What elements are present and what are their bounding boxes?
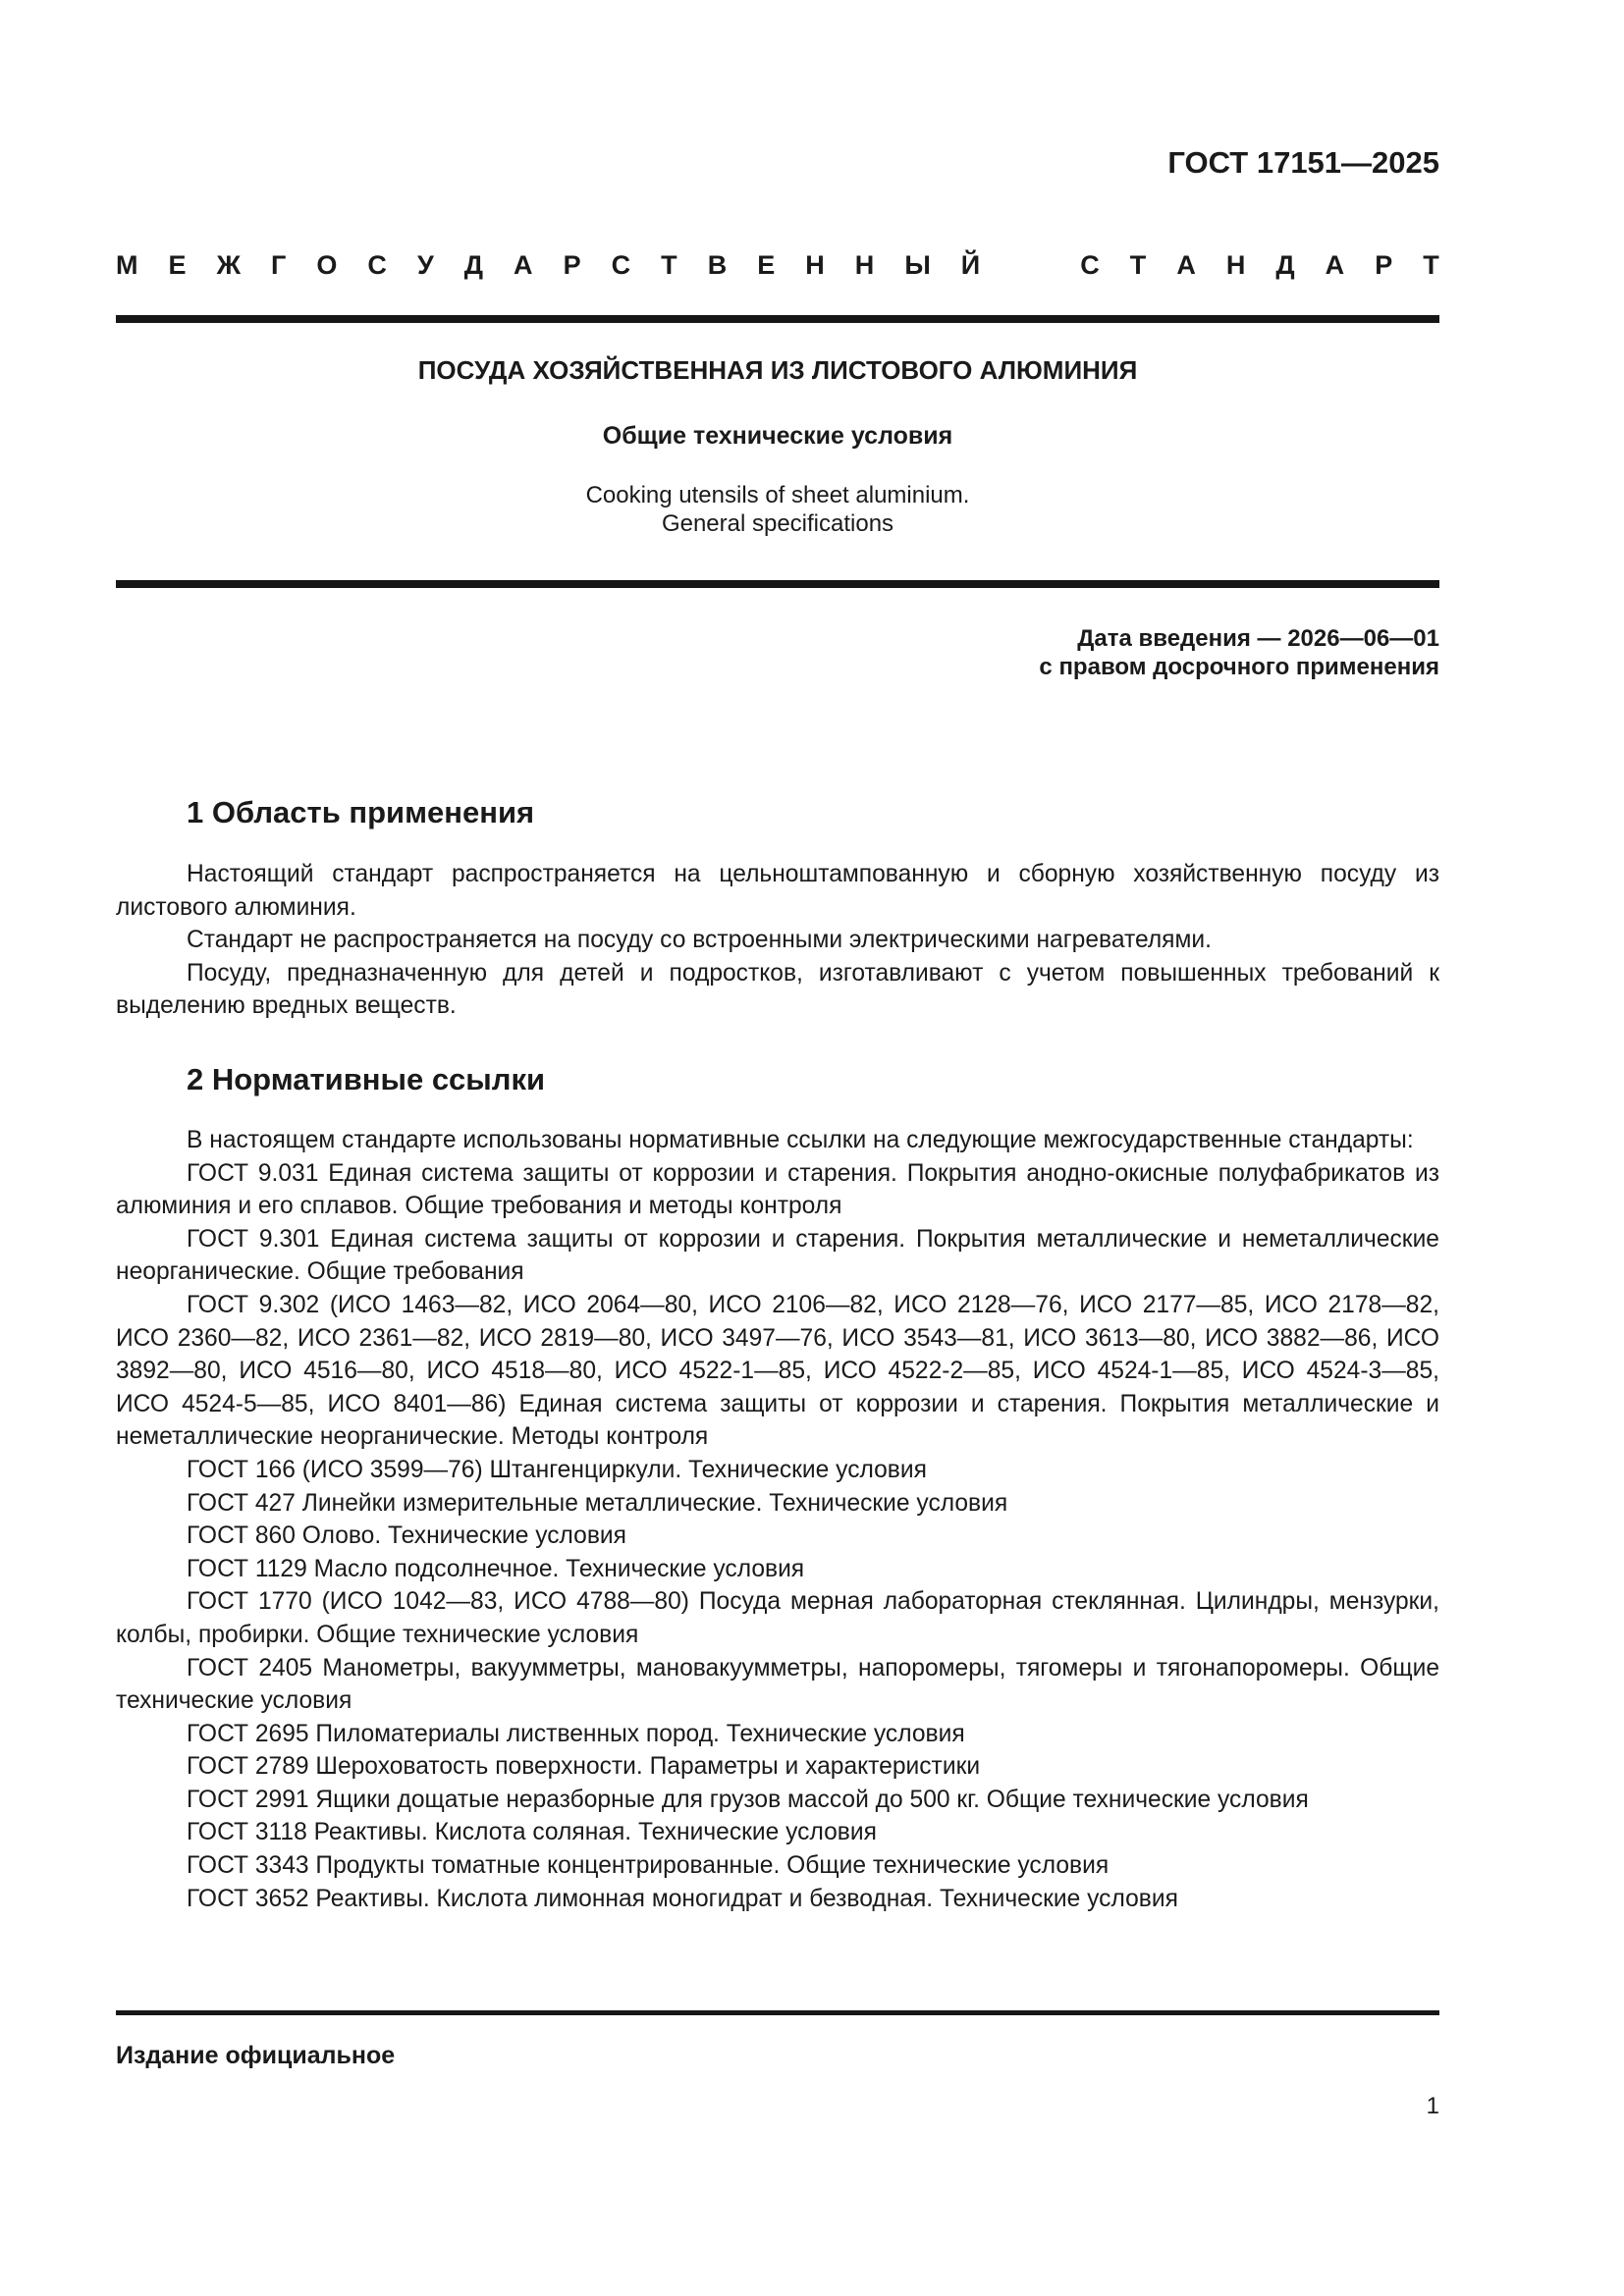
page-number: 1 bbox=[1427, 2093, 1439, 2120]
kind-letter: Н bbox=[805, 250, 825, 281]
kind-letter: С bbox=[612, 250, 631, 281]
kind-letter: Г bbox=[271, 250, 286, 281]
reference-item: ГОСТ 3118 Реактивы. Кислота соляная. Тех… bbox=[116, 1816, 1439, 1849]
reference-item: ГОСТ 1770 (ИСО 1042—83, ИСО 4788—80) Пос… bbox=[116, 1585, 1439, 1651]
kind-letter: О bbox=[316, 250, 337, 281]
title-divider bbox=[116, 580, 1439, 588]
section-body-normative-references: В настоящем стандарте использованы норма… bbox=[116, 1124, 1439, 1915]
official-edition-label: Издание официальное bbox=[116, 2042, 395, 2070]
footer-divider bbox=[116, 2010, 1439, 2015]
kind-letter: Н bbox=[855, 250, 875, 281]
kind-letter: Ы bbox=[904, 250, 930, 281]
kind-letter: Е bbox=[169, 250, 187, 281]
kind-letter: Ж bbox=[217, 250, 241, 281]
standard-kind-heading: МЕЖГОСУДАРСТВЕННЫЙСТАНДАРТ bbox=[116, 250, 1439, 281]
kind-letter: Т bbox=[661, 250, 677, 281]
kind-letter: Й bbox=[961, 250, 980, 281]
kind-letter: В bbox=[708, 250, 728, 281]
paragraph: Настоящий стандарт распространяется на ц… bbox=[116, 858, 1439, 924]
kind-letter: С bbox=[1080, 250, 1100, 281]
kind-letter: А bbox=[1176, 250, 1196, 281]
introduction-date-line-2: с правом досрочного применения bbox=[1039, 653, 1439, 681]
paragraph: В настоящем стандарте использованы норма… bbox=[116, 1124, 1439, 1157]
reference-item: ГОСТ 860 Олово. Технические условия bbox=[116, 1520, 1439, 1553]
kind-letter: А bbox=[514, 250, 533, 281]
english-title-line-2: General specifications bbox=[0, 509, 1555, 538]
kind-letter: А bbox=[1326, 250, 1345, 281]
paragraph: Посуду, предназначенную для детей и подр… bbox=[116, 957, 1439, 1023]
kind-letter: Р bbox=[1375, 250, 1392, 281]
paragraph: Стандарт не распространяется на посуду с… bbox=[116, 924, 1439, 957]
document-number: ГОСТ 17151—2025 bbox=[1167, 145, 1439, 181]
kind-letter: У bbox=[417, 250, 434, 281]
kind-letter: Т bbox=[1130, 250, 1147, 281]
document-subtitle: Общие технические условия bbox=[0, 422, 1555, 451]
reference-item: ГОСТ 427 Линейки измерительные металличе… bbox=[116, 1487, 1439, 1521]
section-body-scope: Настоящий стандарт распространяется на ц… bbox=[116, 858, 1439, 1023]
reference-item: ГОСТ 3652 Реактивы. Кислота лимонная мон… bbox=[116, 1883, 1439, 1916]
english-title-line-1: Cooking utensils of sheet aluminium. bbox=[0, 481, 1555, 509]
reference-item: ГОСТ 3343 Продукты томатные концентриров… bbox=[116, 1849, 1439, 1883]
section-heading-normative-references: 2 Нормативные ссылки bbox=[187, 1062, 545, 1097]
kind-letter: Н bbox=[1226, 250, 1246, 281]
reference-item: ГОСТ 2789 Шероховатость поверхности. Пар… bbox=[116, 1750, 1439, 1784]
reference-item: ГОСТ 9.301 Единая система защиты от корр… bbox=[116, 1223, 1439, 1289]
english-title: Cooking utensils of sheet aluminium. Gen… bbox=[0, 481, 1555, 538]
reference-item: ГОСТ 1129 Масло подсолнечное. Технически… bbox=[116, 1553, 1439, 1586]
section-heading-scope: 1 Область применения bbox=[187, 795, 534, 830]
reference-item: ГОСТ 9.302 (ИСО 1463—82, ИСО 2064—80, ИС… bbox=[116, 1289, 1439, 1454]
kind-letter: Д bbox=[1275, 250, 1294, 281]
reference-item: ГОСТ 2405 Манометры, вакуумметры, манова… bbox=[116, 1652, 1439, 1718]
kind-letter: Т bbox=[1423, 250, 1439, 281]
kind-letter: Р bbox=[564, 250, 581, 281]
reference-item: ГОСТ 9.031 Единая система защиты от корр… bbox=[116, 1157, 1439, 1223]
kind-letter: Е bbox=[757, 250, 775, 281]
introduction-date: Дата введения — 2026—06—01 с правом доср… bbox=[1039, 624, 1439, 681]
top-divider bbox=[116, 315, 1439, 323]
reference-item: ГОСТ 166 (ИСО 3599—76) Штангенциркули. Т… bbox=[116, 1454, 1439, 1487]
reference-item: ГОСТ 2991 Ящики дощатые неразборные для … bbox=[116, 1784, 1439, 1817]
document-title: ПОСУДА ХОЗЯЙСТВЕННАЯ ИЗ ЛИСТОВОГО АЛЮМИН… bbox=[0, 355, 1555, 386]
kind-letter: М bbox=[116, 250, 138, 281]
kind-letter: Д bbox=[464, 250, 483, 281]
reference-item: ГОСТ 2695 Пиломатериалы лиственных пород… bbox=[116, 1718, 1439, 1751]
introduction-date-line-1: Дата введения — 2026—06—01 bbox=[1039, 624, 1439, 653]
kind-letter: С bbox=[367, 250, 387, 281]
